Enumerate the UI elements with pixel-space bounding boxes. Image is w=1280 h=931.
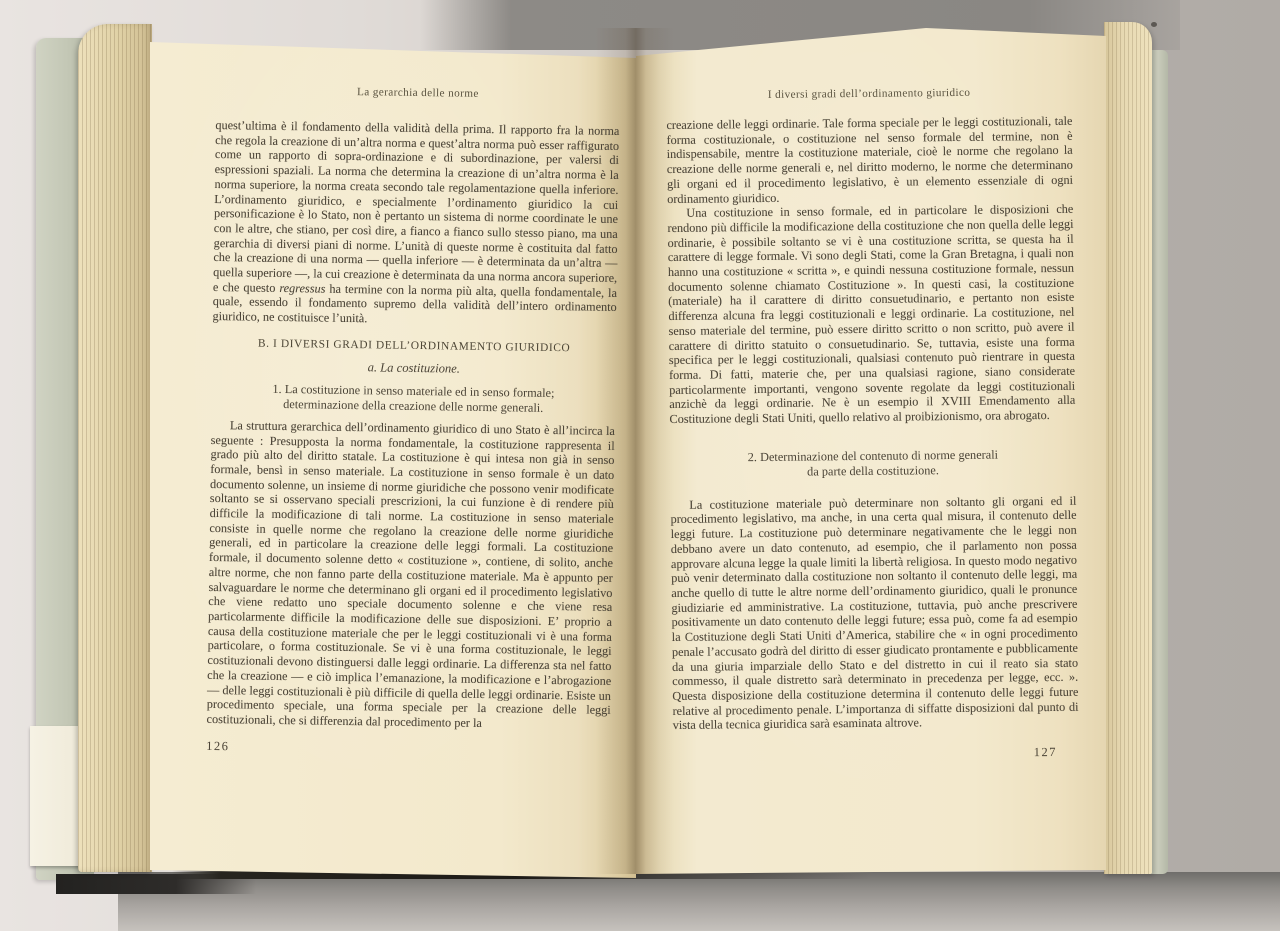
paragraph-text: quest’ultima è il fondamento della valid… [213, 118, 620, 295]
right-running-head: I diversi gradi dell’ordinamento giuridi… [666, 86, 1072, 102]
section-heading-b: B. I DIVERSI GRADI DELL’ORDINAMENTO GIUR… [212, 337, 616, 355]
paragraph-italic-word: regressus [279, 281, 325, 296]
dust-speck [1151, 22, 1157, 27]
subsection-heading-a: a. La costituzione. [212, 358, 616, 379]
book-photo: La gerarchia delle norme quest’ultima è … [0, 0, 1280, 931]
right-page-text: I diversi gradi dell’ordinamento giuridi… [666, 82, 1079, 764]
page-edges-left [78, 24, 152, 872]
right-paragraph-2: Una costituzione in senso formale, ed in… [667, 202, 1075, 427]
book-bottom-edge-shadow [118, 872, 1280, 931]
left-paragraph-1: quest’ultima è il fondamento della valid… [212, 118, 619, 330]
right-paragraph-1: creazione delle leggi ordinarie. Tale fo… [666, 114, 1073, 206]
numbered-heading-2-line2: da parte della costituzione. [670, 462, 1076, 482]
left-paragraph-2: La struttura gerarchica dell’ordinamento… [206, 418, 615, 733]
page-edges-right [1104, 22, 1152, 874]
bookmark-slip [30, 726, 82, 866]
left-page-text: La gerarchia delle norme quest’ultima è … [206, 84, 620, 760]
right-paragraph-3: La costituzione materiale può determinar… [670, 493, 1078, 732]
